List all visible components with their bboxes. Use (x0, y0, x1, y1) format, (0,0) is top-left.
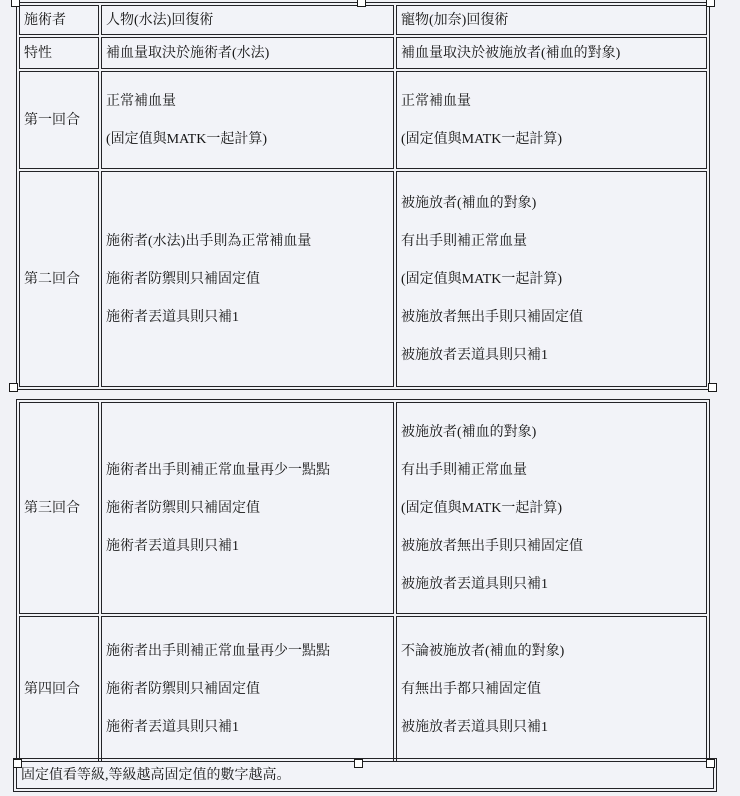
table-row: 第二回合施術者(水法)出手則為正常補血量施術者防禦則只補固定值施術者丟道具則只補… (19, 171, 707, 387)
row-header-cell: 第三回合 (19, 402, 99, 614)
healing-table-upper-body: 施術者人物(水法)回復術寵物(加奈)回復術特性補血量取決於施術者(水法)補血量取… (19, 5, 707, 387)
selection-handle-middle-right[interactable] (708, 383, 717, 392)
cell-text-line: 被施放者(補血的對象) (401, 195, 702, 212)
cell-text-line: 施術者(水法)出手則為正常補血量 (106, 233, 389, 250)
row-header-cell: 第二回合 (19, 171, 99, 387)
cell-text-line: 被施放者丟道具則只補1 (401, 576, 702, 593)
cell-text-line: 人物(水法)回復術 (106, 12, 389, 29)
selection-handle-top-right[interactable] (706, 0, 715, 7)
editor-canvas: 施術者人物(水法)回復術寵物(加奈)回復術特性補血量取決於施術者(水法)補血量取… (0, 0, 740, 796)
table-cell: 寵物(加奈)回復術 (396, 5, 707, 35)
table-cell: 正常補血量(固定值與MATK一起計算) (101, 71, 394, 169)
cell-text-line: (固定值與MATK一起計算) (401, 500, 702, 517)
table-row: 第三回合施術者出手則補正常血量再少一點點施術者防禦則只補固定值施術者丟道具則只補… (19, 402, 707, 614)
table-cell: 施術者(水法)出手則為正常補血量施術者防禦則只補固定值施術者丟道具則只補1 (101, 171, 394, 387)
cell-text-line: (固定值與MATK一起計算) (401, 271, 702, 288)
cell-text-line: 有出手則補正常血量 (401, 233, 702, 250)
table-cell: 補血量取決於被施放者(補血的對象) (396, 37, 707, 69)
selected-tables-region[interactable]: 施術者人物(水法)回復術寵物(加奈)回復術特性補血量取決於施術者(水法)補血量取… (16, 2, 710, 765)
cell-text-line: 被施放者無出手則只補固定值 (401, 309, 702, 326)
healing-table-lower: 第三回合施術者出手則補正常血量再少一點點施術者防禦則只補固定值施術者丟道具則只補… (16, 399, 710, 765)
cell-text-line: 被施放者丟道具則只補1 (401, 347, 702, 364)
cell-text-line: 有出手則補正常血量 (401, 462, 702, 479)
cell-text-line: 正常補血量 (106, 93, 389, 110)
footer-note: 固定值看等級,等級越高固定值的數字越高。 (16, 761, 714, 789)
table-row: 固定值看等級,等級越高固定值的數字越高。 (16, 761, 714, 789)
cell-text-line: 被施放者無出手則只補固定值 (401, 538, 702, 555)
cell-text-line: 施術者防禦則只補固定值 (106, 271, 389, 288)
table-row: 特性補血量取決於施術者(水法)補血量取決於被施放者(補血的對象) (19, 37, 707, 69)
table-cell: 正常補血量(固定值與MATK一起計算) (396, 71, 707, 169)
cell-text-line: 補血量取決於被施放者(補血的對象) (401, 45, 702, 62)
table-cell: 被施放者(補血的對象)有出手則補正常血量(固定值與MATK一起計算)被施放者無出… (396, 402, 707, 614)
cell-text-line: 施術者出手則補正常血量再少一點點 (106, 643, 389, 660)
table-cell: 被施放者(補血的對象)有出手則補正常血量(固定值與MATK一起計算)被施放者無出… (396, 171, 707, 387)
table-row: 施術者人物(水法)回復術寵物(加奈)回復術 (19, 5, 707, 35)
table-cell: 不論被施放者(補血的對象)有無出手都只補固定值被施放者丟道具則只補1 (396, 616, 707, 762)
cell-text-line: 施術者丟道具則只補1 (106, 538, 389, 555)
cell-text-line: 施術者丟道具則只補1 (106, 719, 389, 736)
table-gap (16, 390, 710, 399)
cell-text-line: 施術者出手則補正常血量再少一點點 (106, 462, 389, 479)
selection-handle-bottom-middle[interactable] (354, 759, 363, 768)
table-row: 第一回合正常補血量(固定值與MATK一起計算)正常補血量(固定值與MATK一起計… (19, 71, 707, 169)
selection-handle-bottom-right[interactable] (706, 759, 715, 768)
healing-table-lower-body: 第三回合施術者出手則補正常血量再少一點點施術者防禦則只補固定值施術者丟道具則只補… (19, 402, 707, 762)
row-header-cell: 特性 (19, 37, 99, 69)
cell-text-line: 施術者丟道具則只補1 (106, 309, 389, 326)
table-cell: 補血量取決於施術者(水法) (101, 37, 394, 69)
healing-table-upper: 施術者人物(水法)回復術寵物(加奈)回復術特性補血量取決於施術者(水法)補血量取… (16, 2, 710, 390)
cell-text-line: 被施放者丟道具則只補1 (401, 719, 702, 736)
selection-handle-bottom-left[interactable] (13, 759, 22, 768)
cell-text-line: 施術者防禦則只補固定值 (106, 681, 389, 698)
footer-note-table: 固定值看等級,等級越高固定值的數字越高。 (13, 758, 717, 792)
cell-text-line: 正常補血量 (401, 93, 702, 110)
row-header-cell: 施術者 (19, 5, 99, 35)
selection-handle-middle-left[interactable] (9, 383, 18, 392)
selection-handle-top-left[interactable] (11, 0, 20, 7)
cell-text-line: 不論被施放者(補血的對象) (401, 643, 702, 660)
cell-text-line: (固定值與MATK一起計算) (401, 131, 702, 148)
cell-text-line: 施術者防禦則只補固定值 (106, 500, 389, 517)
cell-text-line: 寵物(加奈)回復術 (401, 12, 702, 29)
selection-handle-top-middle[interactable] (357, 0, 366, 7)
table-cell: 人物(水法)回復術 (101, 5, 394, 35)
cell-text-line: (固定值與MATK一起計算) (106, 131, 389, 148)
cell-text-line: 補血量取決於施術者(水法) (106, 45, 389, 62)
table-cell: 施術者出手則補正常血量再少一點點施術者防禦則只補固定值施術者丟道具則只補1 (101, 402, 394, 614)
table-cell: 施術者出手則補正常血量再少一點點施術者防禦則只補固定值施術者丟道具則只補1 (101, 616, 394, 762)
cell-text-line: 被施放者(補血的對象) (401, 424, 702, 441)
cell-text-line: 有無出手都只補固定值 (401, 681, 702, 698)
row-header-cell: 第四回合 (19, 616, 99, 762)
row-header-cell: 第一回合 (19, 71, 99, 169)
table-row: 第四回合施術者出手則補正常血量再少一點點施術者防禦則只補固定值施術者丟道具則只補… (19, 616, 707, 762)
